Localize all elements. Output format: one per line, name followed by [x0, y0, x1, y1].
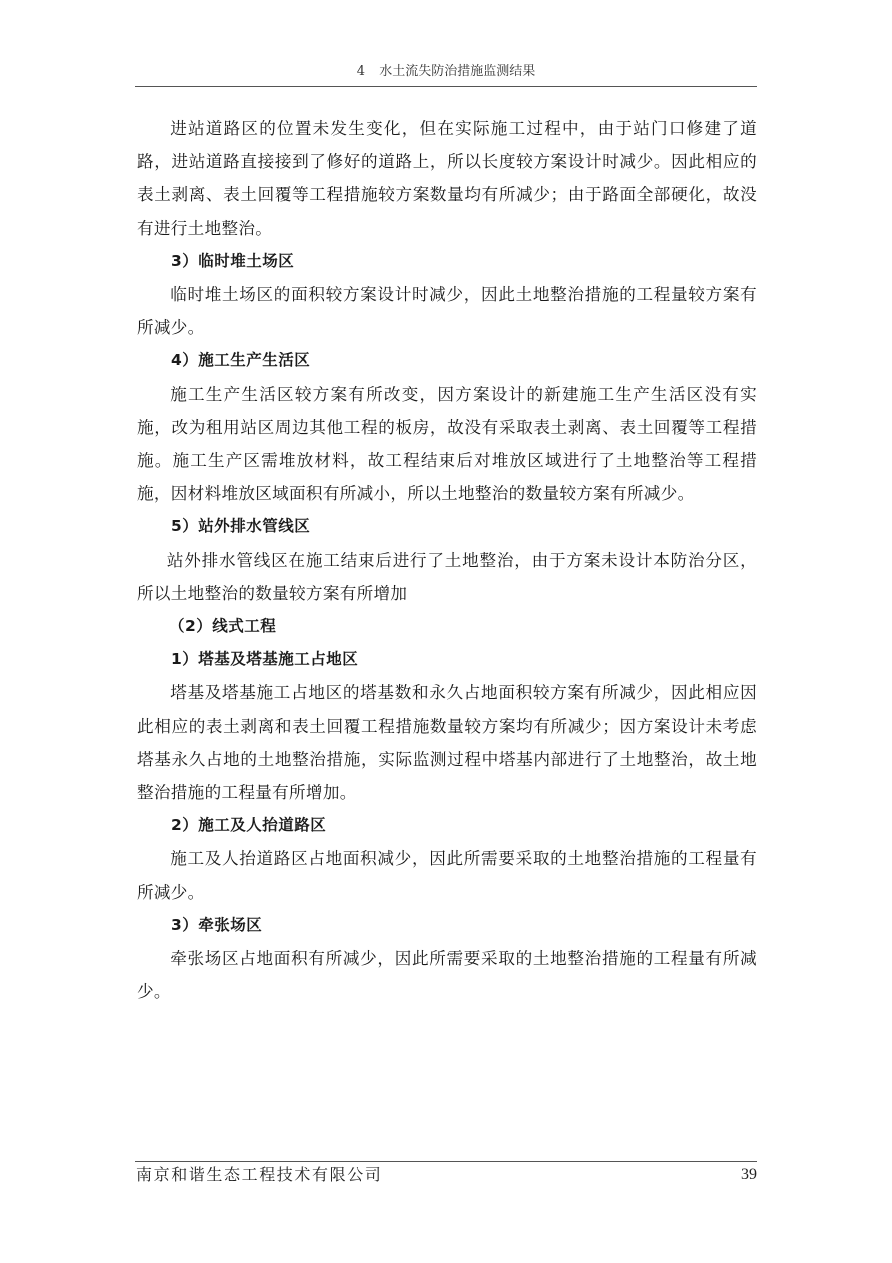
footer-divider	[135, 1161, 757, 1162]
heading-construction-living-area: 4）施工生产生活区	[137, 344, 757, 377]
heading-drainage-pipeline: 5）站外排水管线区	[137, 510, 757, 543]
paragraph-temp-soil-yard: 临时堆土场区的面积较方案设计时减少，因此土地整治措施的工程量较方案有所减少。	[137, 278, 757, 344]
paragraph-drainage-pipeline: 站外排水管线区在施工结束后进行了土地整治，由于方案未设计本防治分区，所以土地整治…	[137, 544, 757, 610]
paragraph-tower-foundation: 塔基及塔基施工占地区的塔基数和永久占地面积较方案有所减少，因此相应因此相应的表土…	[137, 676, 757, 809]
header-divider	[135, 86, 757, 87]
chapter-title: 水土流失防治措施监测结果	[379, 64, 535, 79]
page-header: 4 水土流失防治措施监测结果	[135, 62, 757, 82]
heading-construction-road: 2）施工及人抬道路区	[137, 809, 757, 842]
document-body: 进站道路区的位置未发生变化，但在实际施工过程中，由于站门口修建了道路，进站道路直…	[137, 112, 757, 1008]
paragraph-construction-living-area: 施工生产生活区较方案有所改变，因方案设计的新建施工生产生活区没有实施，改为租用站…	[137, 378, 757, 511]
heading-tension-site: 3）牵张场区	[137, 909, 757, 942]
paragraph-entry-road: 进站道路区的位置未发生变化，但在实际施工过程中，由于站门口修建了道路，进站道路直…	[137, 112, 757, 245]
heading-temp-soil-yard: 3）临时堆土场区	[137, 245, 757, 278]
page-number: 39	[741, 1164, 757, 1186]
paragraph-tension-site: 牵张场区占地面积有所减少，因此所需要采取的土地整治措施的工程量有所减少。	[137, 942, 757, 1008]
heading-tower-foundation: 1）塔基及塔基施工占地区	[137, 643, 757, 676]
chapter-number: 4	[357, 64, 365, 79]
footer-company-name: 南京和谐生态工程技术有限公司	[136, 1164, 382, 1186]
heading-linear-works: （2）线式工程	[137, 610, 757, 643]
paragraph-construction-road: 施工及人抬道路区占地面积减少，因此所需要采取的土地整治措施的工程量有所减少。	[137, 842, 757, 908]
